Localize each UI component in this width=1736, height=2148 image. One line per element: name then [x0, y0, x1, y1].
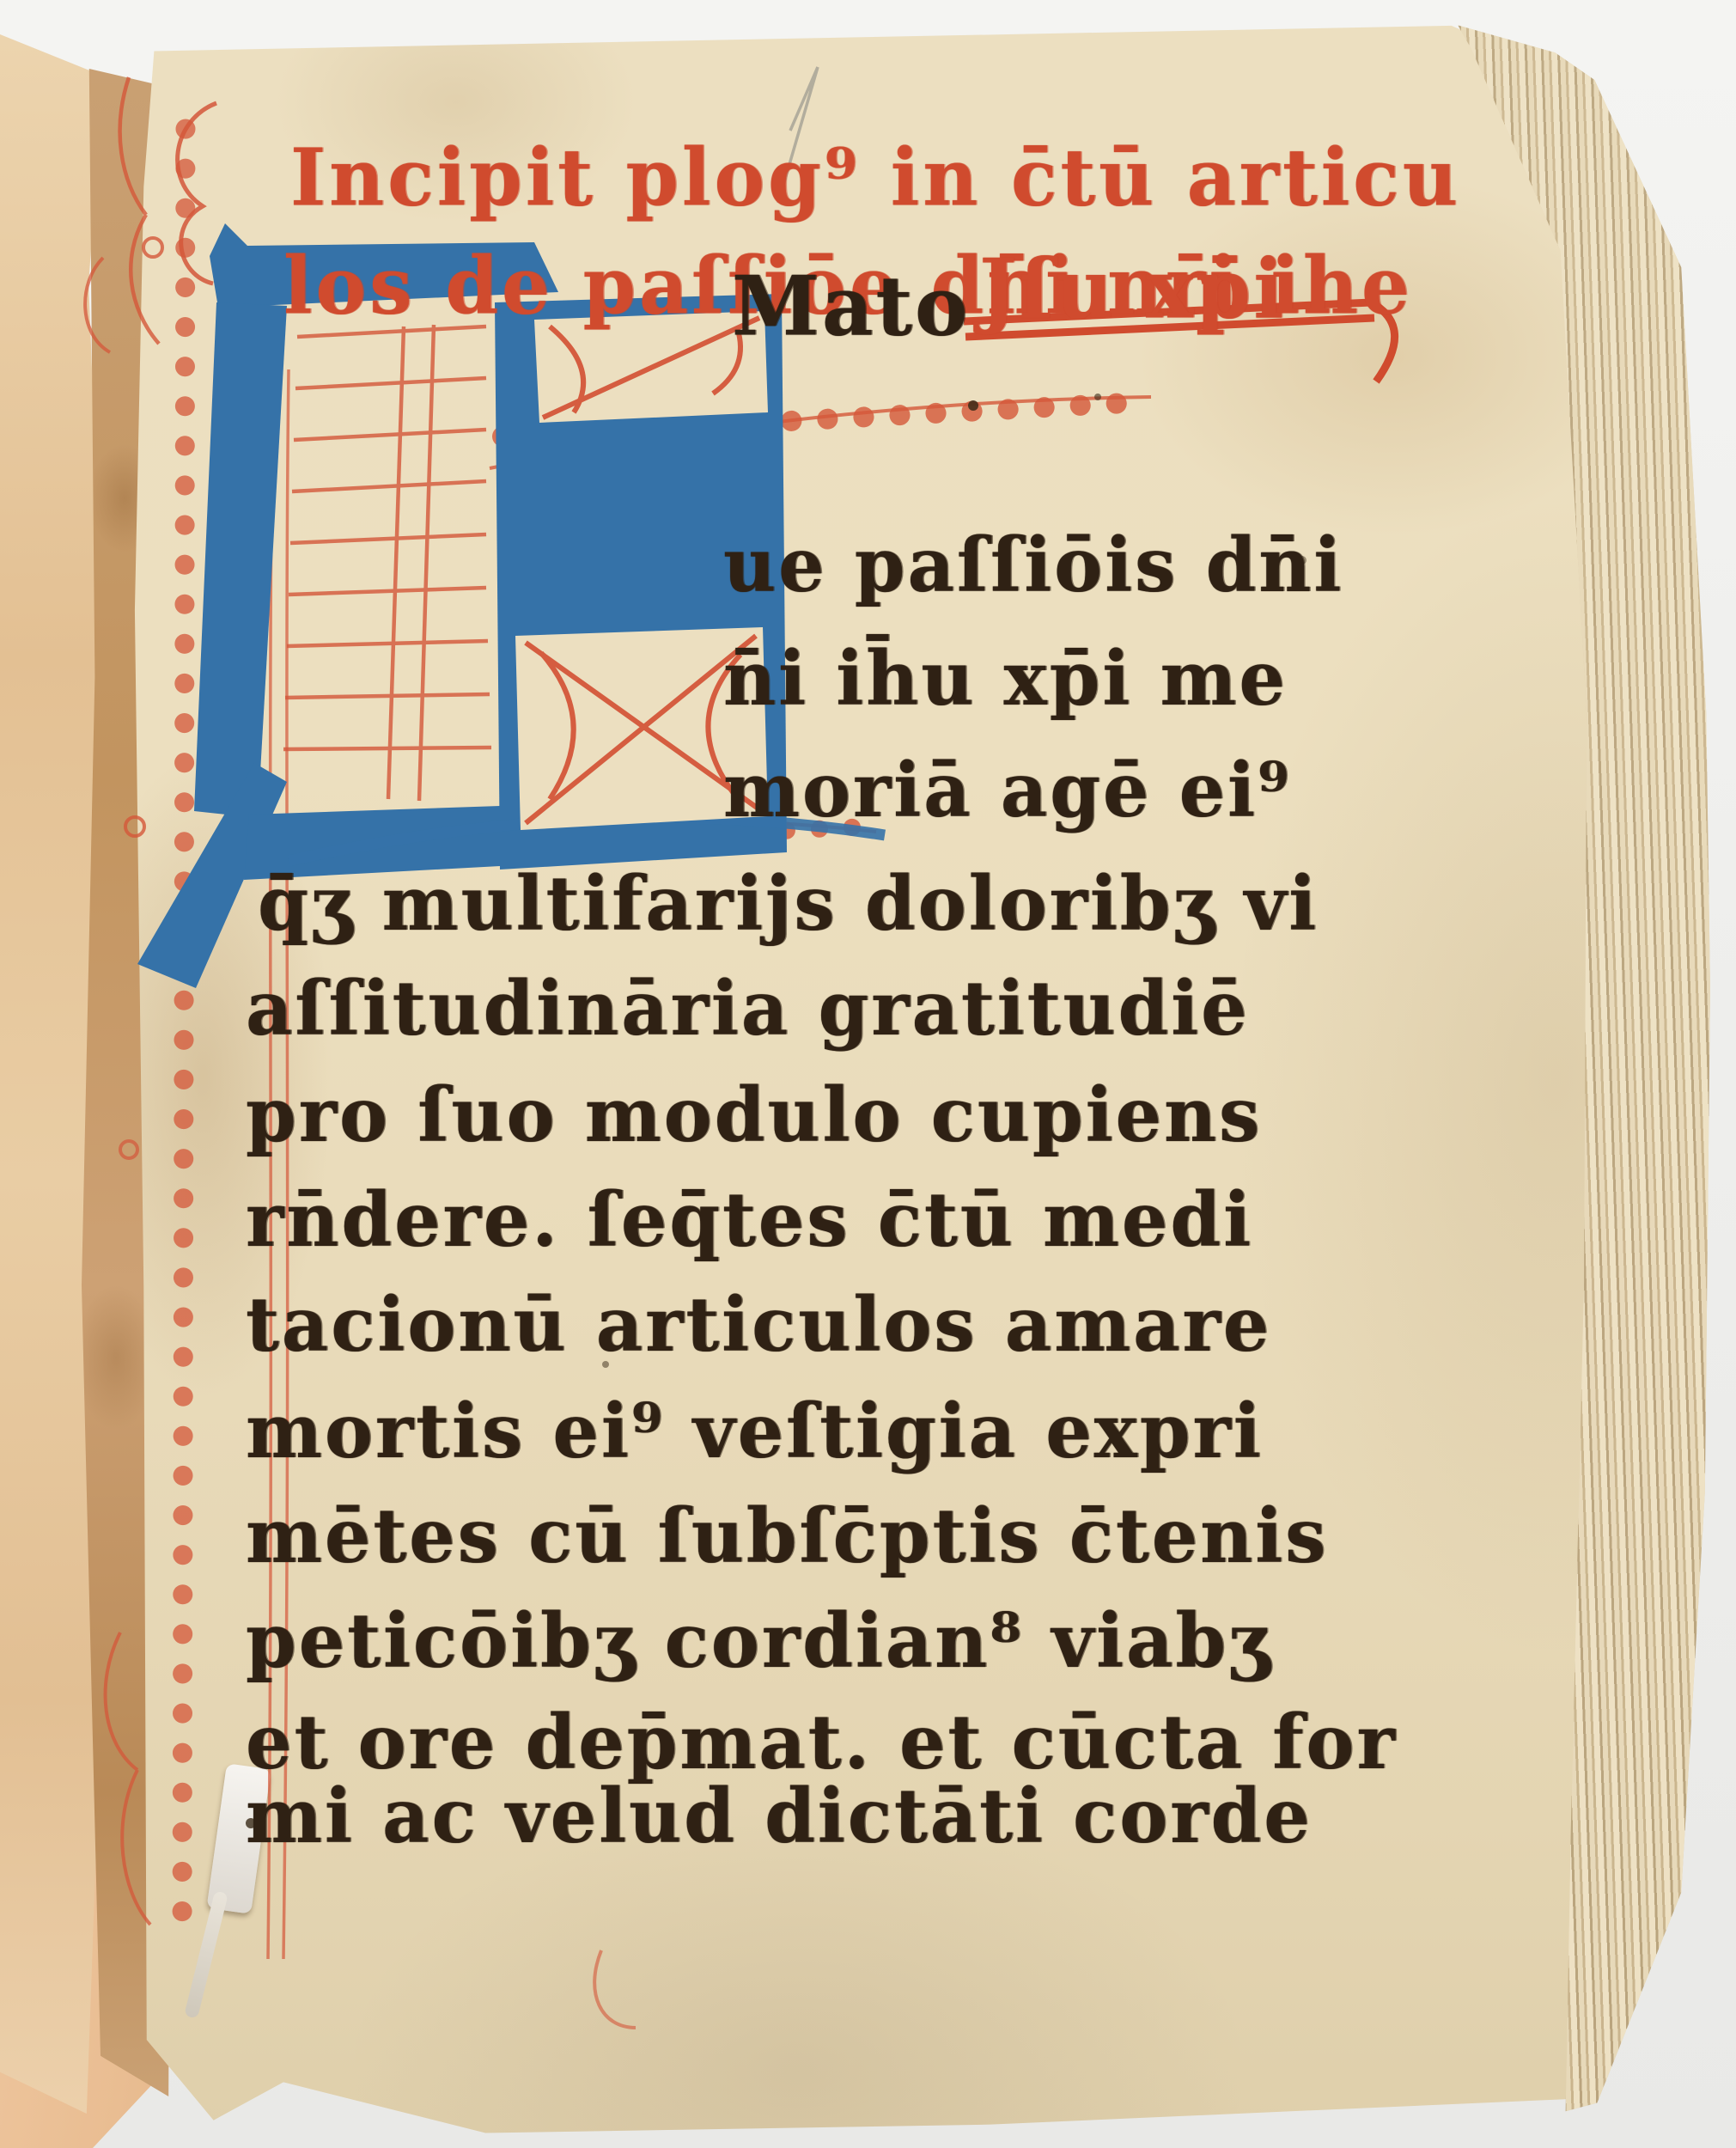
body-line-10: mi ac velud dictāti corde	[246, 1772, 1313, 1860]
rubric-inline-red: Jſu xp̄i	[979, 241, 1286, 337]
body-line-6: mortis ei⁹ veſtigia expri	[246, 1387, 1264, 1475]
body-line-7: mētes cū ſubſc̄ptis c̄tenis	[246, 1492, 1328, 1580]
body-line-short-1: ue paſſiōis dn̄i	[723, 521, 1343, 609]
body-line-2: aſſitudināria gratitudiē	[246, 964, 1250, 1053]
body-line-8: peticōibʒ cordian⁸ viabʒ	[246, 1596, 1272, 1685]
rubric-inline-black: Mato	[732, 258, 970, 354]
rubric-line-1: Incipit plog⁹ in c̄tū articu	[290, 131, 1461, 223]
body-line-1: q̄ʒ multifarijs doloribʒ vi	[258, 859, 1319, 948]
body-line-3: pro ſuo modulo cupiens	[246, 1071, 1262, 1159]
body-line-short-3: moriā agē ei⁹	[723, 746, 1292, 834]
photo-backdrop: Incipit plog⁹ in c̄tū articu los de paſſ…	[0, 0, 1736, 2148]
body-line-short-2: n̄i ih̄u xp̄i me	[723, 634, 1288, 723]
body-line-5: tacionū articulos amare	[246, 1280, 1271, 1369]
body-line-4: rn̄dere. ſeq̄tes c̄tū medi	[246, 1175, 1253, 1264]
